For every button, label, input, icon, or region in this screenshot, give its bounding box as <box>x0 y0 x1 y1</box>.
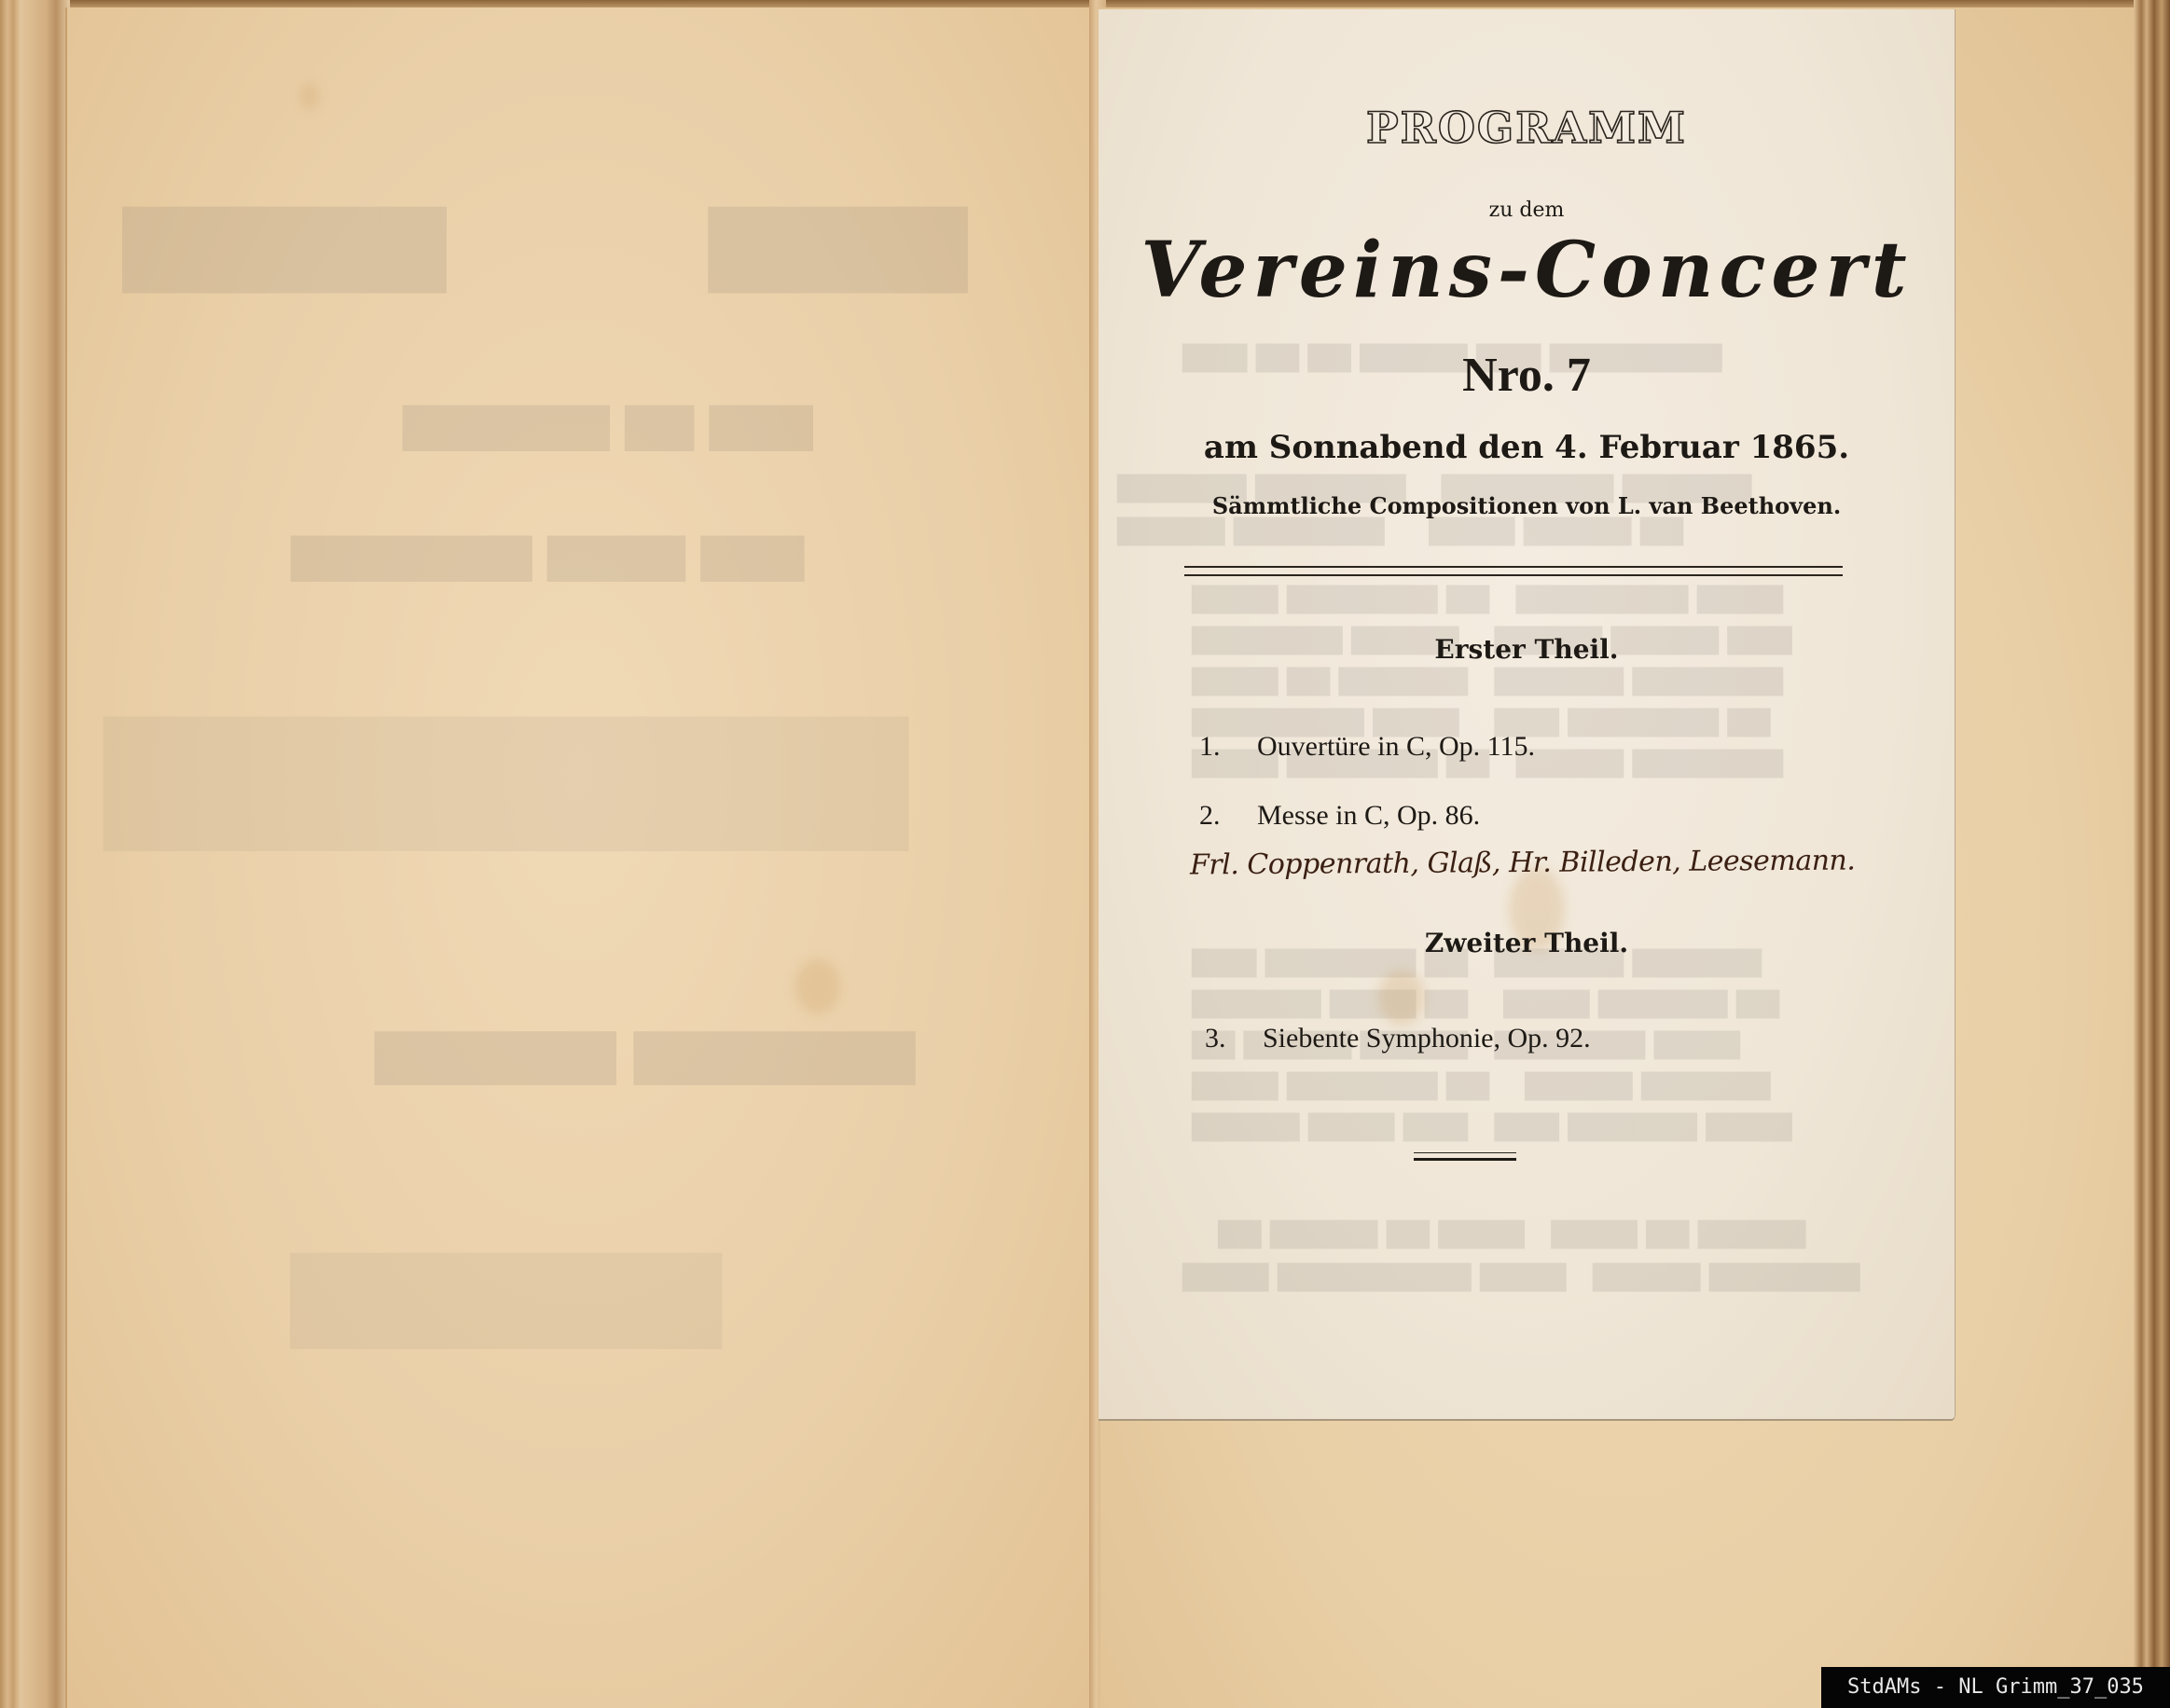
part-two-heading: Zweiter Theil. <box>1099 928 1955 958</box>
left-page-stack-edges <box>0 0 70 1708</box>
composer-line: Sämmtliche Compositionen von L. van Beet… <box>1099 492 1955 519</box>
concert-title: Vereins-Concert <box>1099 226 1955 315</box>
concert-number: Nro. 7 <box>1099 348 1955 403</box>
foxing-stain <box>300 82 319 110</box>
double-rule-divider <box>1184 566 1843 576</box>
foxing-stain <box>795 958 841 1014</box>
archive-signature-label: StdAMs - NL Grimm_37_035 <box>1821 1667 2170 1708</box>
concert-date: am Sonnabend den 4. Februar 1865. <box>1099 429 1955 466</box>
item-number: 3. <box>1205 1023 1263 1054</box>
bleed-through-text: ▇▇▇▇▇▇▇▇ <box>104 697 907 850</box>
closing-rule <box>1414 1152 1516 1161</box>
handwritten-soloists-note: Frl. Coppenrath, Glaß, Hr. Billeden, Lee… <box>1190 845 1856 882</box>
bleed-through-text: ▇▇▇▇▇▇ ▇▇▇▇▇▇▇ <box>375 1024 915 1085</box>
foxing-stain <box>1378 970 1425 1026</box>
bleed-through-text: ▇▇▇▇▇▇▇ ▇▇▇▇ ▇▇▇ <box>291 530 804 582</box>
book-spread: ▇▇▇▇▇ ▇▇▇▇ ▇▇▇▇▇▇ ▇▇ ▇▇▇ ▇▇▇▇▇▇▇ ▇▇▇▇ ▇▇… <box>0 0 2170 1708</box>
item-number: 1. <box>1199 731 1257 763</box>
bleed-through-text: ▇▇ ▇▇▇▇▇ ▇▇ ▇▇▇▇ ▇▇▇▇ ▇▇ ▇▇▇▇▇▇▇▇▇ ▇▇▇▇▇… <box>1182 1212 1859 1298</box>
bleed-through-text: ▇▇▇▇▇ ▇▇▇▇ <box>123 194 967 293</box>
program-item: 2.Messe in C, Op. 86. <box>1199 800 1480 832</box>
program-item: 3.Siebente Symphonie, Op. 92. <box>1205 1023 1591 1054</box>
item-title: Siebente Symphonie, Op. 92. <box>1263 1023 1591 1054</box>
program-subheading: zu dem <box>1099 199 1955 222</box>
bleed-through-text: ▇▇▇▇▇▇ <box>291 1238 721 1348</box>
bleed-through-text: ▇▇▇▇▇▇ ▇▇ ▇▇▇ <box>403 399 812 451</box>
left-page: ▇▇▇▇▇ ▇▇▇▇ ▇▇▇▇▇▇ ▇▇ ▇▇▇ ▇▇▇▇▇▇▇ ▇▇▇▇ ▇▇… <box>65 7 1093 1708</box>
item-number: 2. <box>1199 800 1257 832</box>
item-title: Ouvertüre in C, Op. 115. <box>1257 731 1535 762</box>
right-page-stack-edges <box>2134 0 2170 1708</box>
program-heading: PROGRAMM <box>1099 103 1955 153</box>
concert-program-slip: ▇▇▇ ▇▇ ▇▇ ▇▇▇▇▇ ▇▇▇ ▇▇▇▇▇▇▇▇ ▇▇▇▇▇▇ ▇▇▇▇… <box>1099 9 1955 1419</box>
part-one-heading: Erster Theil. <box>1099 634 1955 665</box>
program-item: 1.Ouvertüre in C, Op. 115. <box>1199 731 1535 763</box>
item-title: Messe in C, Op. 86. <box>1257 800 1480 831</box>
